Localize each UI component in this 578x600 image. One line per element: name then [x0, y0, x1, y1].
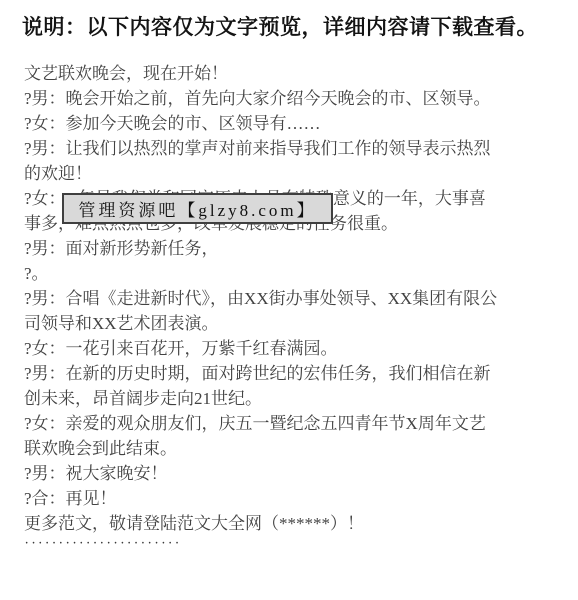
text-line: ?男：面对新形势新任务，: [24, 236, 560, 261]
text-line: ?女：亲爱的观众朋友们，庆五一暨纪念五四青年节X周年文艺: [24, 411, 560, 436]
text-line: 司领导和XX艺术团表演。: [24, 311, 560, 336]
text-line: ?男：让我们以热烈的掌声对前来指导我们工作的领导表示热烈: [24, 136, 560, 161]
text-line: ?合：再见！: [24, 486, 560, 511]
text-line: ?女：参加今天晚会的市、区领导有……: [24, 111, 560, 136]
text-line: 的欢迎！: [24, 161, 560, 186]
text-line: 文艺联欢晚会，现在开始！: [24, 61, 560, 86]
watermark-badge: 管理资源吧【glzy8.com】: [62, 193, 333, 224]
dots-separator: ·······················: [25, 538, 578, 549]
text-line: ?男：祝大家晚安！: [24, 461, 560, 486]
document-body: 文艺联欢晚会，现在开始！?男：晚会开始之前，首先向大家介绍今天晚会的市、区领导。…: [24, 61, 560, 536]
text-line: 更多范文，敬请登陆范文大全网（******）！: [24, 511, 560, 536]
text-line: 创未来，昂首阔步走向21世纪。: [24, 386, 560, 411]
text-line: ?男：晚会开始之前，首先向大家介绍今天晚会的市、区领导。: [24, 86, 560, 111]
text-line: 联欢晚会到此结束。: [24, 436, 560, 461]
text-line: ?男：在新的历史时期，面对跨世纪的宏伟任务，我们相信在新: [24, 361, 560, 386]
text-line: ?男：合唱《走进新时代》，由XX街办事处领导、XX集团有限公: [24, 286, 560, 311]
text-line: ?。: [24, 261, 560, 286]
document-preview-page: 说明：以下内容仅为文字预览，详细内容请下载查看。 文艺联欢晚会，现在开始！?男：…: [0, 0, 578, 600]
preview-notice-heading: 说明：以下内容仅为文字预览，详细内容请下载查看。: [22, 14, 558, 40]
text-line: ?女：一花引来百花开，万紫千红春满园。: [24, 336, 560, 361]
